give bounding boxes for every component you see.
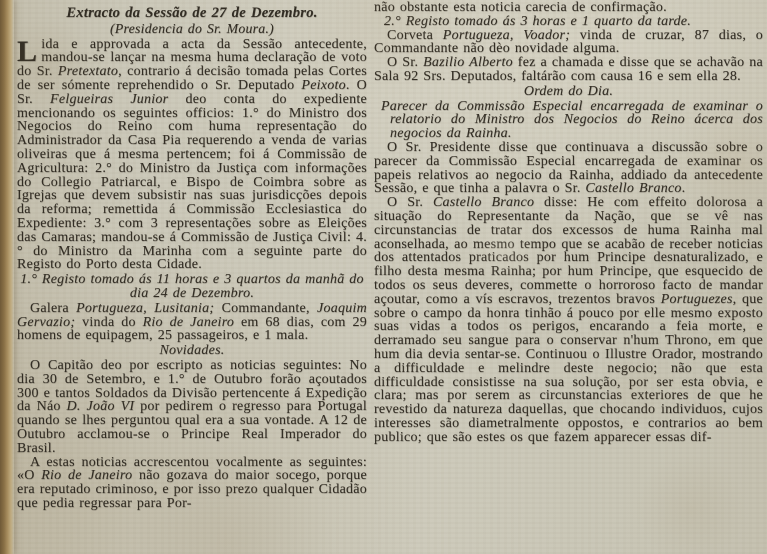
- session-presidency: (Presidencia do Sr. Moura.): [17, 22, 367, 36]
- registo-2-heading: 2.° Registo tomado ás 3 horas e 1 quarto…: [374, 15, 763, 29]
- italic-text-run: Rio de Janeiro: [143, 315, 235, 330]
- italic-text-run: Rio de Janeiro: [41, 468, 132, 483]
- session-title: Extracto da Sessão de 27 de Dezembro.: [17, 7, 367, 21]
- text-run: O Sr. Presidente disse que continuava a …: [374, 140, 763, 196]
- paragraph-capitao: O Capitão deo por escripto as noticias s…: [17, 359, 367, 456]
- scanned-page: Extracto da Sessão de 27 de Dezembro.(Pr…: [0, 0, 767, 554]
- text-run: disse: He com effeito dolorosa a situaçã…: [374, 195, 763, 307]
- italic-text-run: Ordem do Dia.: [524, 84, 613, 99]
- italic-text-run: (Presidencia do Sr. Moura.): [110, 21, 274, 36]
- italic-text-run: Portugueza, Voador;: [443, 28, 570, 43]
- text-run: vinda do: [75, 315, 142, 330]
- paragraph-castello-branco: O Sr. Castello Branco disse: He com effe…: [374, 196, 763, 444]
- italic-text-run: Portugueza, Lusitania;: [76, 301, 214, 316]
- book-edge: [0, 0, 14, 554]
- italic-text-run: Portuguezes: [661, 292, 733, 307]
- text-run: Galera: [30, 301, 76, 316]
- text-run: , que sobre o campo da honra tinhão á po…: [374, 292, 763, 445]
- italic-text-run: Extracto da Sessão de 27 de Dezembro.: [66, 5, 317, 21]
- italic-text-run: Castello Branco: [433, 195, 534, 210]
- drop-cap: L: [17, 38, 41, 64]
- italic-text-run: Pretextato: [58, 64, 118, 79]
- italic-text-run: Felgueiras Junior: [50, 92, 168, 107]
- text-run: O Sr.: [387, 55, 423, 70]
- italic-text-run: Novidades.: [159, 343, 224, 358]
- paragraph-corveta: Corveta Portugueza, Voador; vinda de cru…: [374, 29, 763, 57]
- italic-text-run: Bazilio Alberto: [423, 55, 513, 70]
- paragraph-session-opening: Lida e approvada a acta da Sessão antece…: [17, 38, 367, 273]
- italic-text-run: D. João VI: [67, 399, 135, 414]
- paragraph-chamada: O Sr. Bazilio Alberto fez a chamada e di…: [374, 56, 763, 84]
- parecer-heading: Parecer da Commissão Especial encarregad…: [374, 100, 763, 141]
- italic-text-run: 2.° Registo tomado ás 3 horas e 1 quarto…: [384, 14, 691, 29]
- text-run: O Sr.: [387, 195, 433, 210]
- text-run: Commandante,: [214, 301, 317, 316]
- registo-1-heading: 1.° Registo tomado ás 11 horas e 3 quart…: [17, 273, 367, 301]
- text-run: Corveta: [387, 28, 443, 43]
- left-column: Extracto da Sessão de 27 de Dezembro.(Pr…: [17, 7, 367, 511]
- ordem-do-dia-heading: Ordem do Dia.: [374, 85, 763, 99]
- paragraph-presidente: O Sr. Presidente disse que continuava a …: [374, 141, 763, 196]
- paragraph-noticias-vocaes: A estas noticias accrescentou vocalmente…: [17, 456, 367, 511]
- italic-text-run: Peixoto: [301, 78, 346, 93]
- italic-text-run: 1.° Registo tomado ás 11 horas e 3 quart…: [20, 272, 364, 301]
- italic-text-run: Parecer da Commissão Especial encarregad…: [381, 99, 763, 142]
- text-run: não obstante esta noticia carecia de con…: [374, 0, 667, 15]
- novidades-heading: Novidades.: [17, 344, 367, 358]
- paragraph-galera: Galera Portugueza, Lusitania; Commandant…: [17, 302, 367, 343]
- text-run: deo conta do expediente mencionando os s…: [17, 92, 367, 273]
- paragraph-continuation: não obstante esta noticia carecia de con…: [374, 1, 763, 15]
- right-column: não obstante esta noticia carecia de con…: [374, 1, 763, 445]
